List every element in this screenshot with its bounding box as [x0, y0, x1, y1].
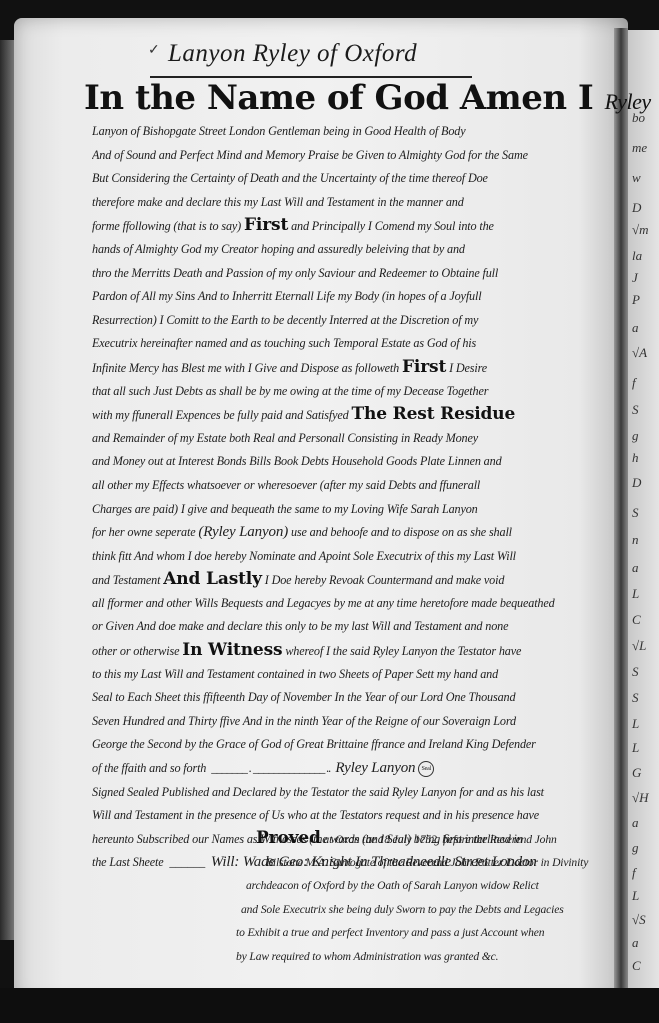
seal-mark: Seal: [418, 761, 434, 777]
adjacent-text-fragment: h: [632, 450, 639, 466]
adjacent-text-fragment: D: [632, 200, 641, 216]
heading-name: Ryley: [605, 89, 651, 114]
adjacent-text-fragment: D: [632, 475, 641, 491]
blackletter-rest-residue: The Rest Residue: [352, 404, 516, 424]
bottom-shadow: [0, 988, 659, 1023]
adjacent-text-fragment: a: [632, 935, 639, 951]
heading-blackletter: In the Name of God Amen I: [84, 78, 593, 118]
text-segment: whereof I the said Ryley Lanyon the Test…: [285, 644, 521, 658]
witness-rule: ______: [166, 855, 207, 869]
adjacent-text-fragment: √S: [632, 912, 646, 928]
text-line: Lanyon of Bishopgate Street London Gentl…: [92, 120, 618, 144]
text-line: forme ffollowing (that is to say) First …: [92, 214, 618, 238]
document-title: Lanyon Ryley of Oxford: [168, 40, 468, 68]
blackletter-proved: Proved: [256, 828, 321, 848]
adjacent-text-fragment: a: [632, 320, 639, 336]
adjacent-text-fragment: g: [632, 840, 639, 856]
text-line: Seven Hundred and Thirty ffive And in th…: [92, 710, 618, 734]
text-line: Pardon of All my Sins And to Inherritt E…: [92, 285, 618, 309]
text-line: Bilstone M.A. Surrogate of the Reverend …: [236, 851, 626, 875]
text-line: to this my Last Will and Testament conta…: [92, 663, 618, 687]
text-line: to Exhibit a true and perfect Inventory …: [236, 921, 626, 945]
adjacent-page-edge: bo me w D √m la J P a √A f S g h D S n a…: [628, 30, 659, 990]
testator-signature: Ryley Lanyon: [335, 760, 415, 776]
margin-check-mark: ✓: [148, 42, 160, 59]
text-line: Will and Testament in the presence of Us…: [92, 804, 618, 828]
text-line: thro the Merritts Death and Passion of m…: [92, 262, 618, 286]
text-line: with my ffunerall Expences be fully paid…: [92, 403, 618, 427]
text-segment: with my ffunerall Expences be fully paid…: [92, 408, 349, 422]
adjacent-text-fragment: √H: [632, 790, 649, 806]
text-line: and Remainder of my Estate both Real and…: [92, 427, 618, 451]
adjacent-text-fragment: C: [632, 958, 641, 974]
text-segment: and Testament: [92, 573, 160, 587]
adjacent-text-fragment: a: [632, 815, 639, 831]
text-segment: for her owne seperate: [92, 525, 195, 539]
text-line: Charges are paid) I give and bequeath th…: [92, 498, 618, 522]
adjacent-text-fragment: w: [632, 170, 641, 186]
adjacent-text-fragment: la: [632, 248, 642, 264]
text-line: think fitt And whom I doe hereby Nominat…: [92, 545, 618, 569]
adjacent-text-fragment: me: [632, 140, 647, 156]
text-line: other or otherwise In Witness whereof I …: [92, 639, 618, 663]
adjacent-text-fragment: √L: [632, 638, 646, 654]
text-line: for her owne seperate (Ryley Lanyon) use…: [92, 521, 618, 545]
adjacent-text-fragment: a: [632, 560, 639, 576]
text-line: that all such Just Debts as shall be by …: [92, 380, 618, 404]
adjacent-text-fragment: g: [632, 428, 639, 444]
text-segment: I Desire: [449, 361, 487, 375]
adjacent-text-fragment: L: [632, 586, 639, 602]
text-line: therefore make and declare this my Last …: [92, 191, 618, 215]
adjacent-text-fragment: √A: [632, 345, 647, 361]
text-line: all fformer and other Wills Bequests and…: [92, 592, 618, 616]
blackletter-first: First: [402, 357, 446, 377]
adjacent-text-fragment: f: [632, 865, 636, 881]
text-line: of the ffaith and so forth _______ . ___…: [92, 757, 618, 781]
text-segment: use and behoofe and to dispose on as she…: [291, 525, 512, 539]
will-heading: In the Name of God Amen I Ryley: [84, 78, 614, 118]
inline-name: (Ryley Lanyon): [198, 524, 288, 540]
text-segment: at Oxon the 18 July 1752. before the Rev…: [324, 833, 557, 846]
text-line: Seal to Each Sheet this ffifteenth Day o…: [92, 686, 618, 710]
text-line: archdeacon of Oxford by the Oath of Sara…: [236, 874, 626, 898]
text-line: all other my Effects whatsoever or where…: [92, 474, 618, 498]
probate-clause: Proved at Oxon the 18 July 1752. before …: [236, 827, 626, 969]
text-line: Signed Sealed Published and Declared by …: [92, 781, 618, 805]
adjacent-text-fragment: S: [632, 664, 639, 680]
text-line: But Considering the Certainty of Death a…: [92, 167, 618, 191]
adjacent-text-fragment: J: [632, 270, 638, 286]
adjacent-text-fragment: S: [632, 402, 639, 418]
will-body: Lanyon of Bishopgate Street London Gentl…: [92, 120, 618, 875]
text-segment: the Last Sheete: [92, 855, 164, 869]
text-line: Resurrection) I Comitt to the Earth to b…: [92, 309, 618, 333]
text-segment: other or otherwise: [92, 644, 179, 658]
blackletter-in-witness: In Witness: [182, 640, 282, 660]
text-line: Proved at Oxon the 18 July 1752. before …: [236, 827, 626, 851]
text-line: or Given And doe make and declare this o…: [92, 615, 618, 639]
text-segment: forme ffollowing (that is to say): [92, 219, 241, 233]
text-line: And of Sound and Perfect Mind and Memory…: [92, 144, 618, 168]
text-segment: and Principally I Comend my Soul into th…: [291, 219, 494, 233]
adjacent-text-fragment: L: [632, 716, 639, 732]
text-line: George the Second by the Grace of God of…: [92, 733, 618, 757]
blackletter-first: First: [244, 215, 288, 235]
adjacent-text-fragment: f: [632, 375, 636, 391]
adjacent-text-fragment: S: [632, 505, 639, 521]
adjacent-text-fragment: √m: [632, 222, 649, 238]
signature-rule: _______ . ______________ ..: [209, 761, 332, 775]
adjacent-text-fragment: n: [632, 532, 639, 548]
text-line: hands of Almighty God my Creator hoping …: [92, 238, 618, 262]
text-line: Executrix hereinafter named and as touch…: [92, 332, 618, 356]
adjacent-text-fragment: L: [632, 888, 639, 904]
adjacent-text-fragment: G: [632, 765, 641, 781]
text-segment: I Doe hereby Revoak Countermand and make…: [265, 573, 505, 587]
text-line: Infinite Mercy has Blest me with I Give …: [92, 356, 618, 380]
blackletter-and-lastly: And Lastly: [163, 569, 262, 589]
adjacent-text-fragment: P: [632, 292, 640, 308]
text-segment: of the ffaith and so forth: [92, 761, 206, 775]
adjacent-text-fragment: S: [632, 690, 639, 706]
adjacent-text-fragment: L: [632, 740, 639, 756]
text-segment: Infinite Mercy has Blest me with I Give …: [92, 361, 399, 375]
text-line: and Testament And Lastly I Doe hereby Re…: [92, 568, 618, 592]
text-line: and Money out at Interest Bonds Bills Bo…: [92, 450, 618, 474]
adjacent-text-fragment: C: [632, 612, 641, 628]
text-line: by Law required to whom Administration w…: [236, 945, 626, 969]
text-line: and Sole Executrix she being duly Sworn …: [236, 898, 626, 922]
